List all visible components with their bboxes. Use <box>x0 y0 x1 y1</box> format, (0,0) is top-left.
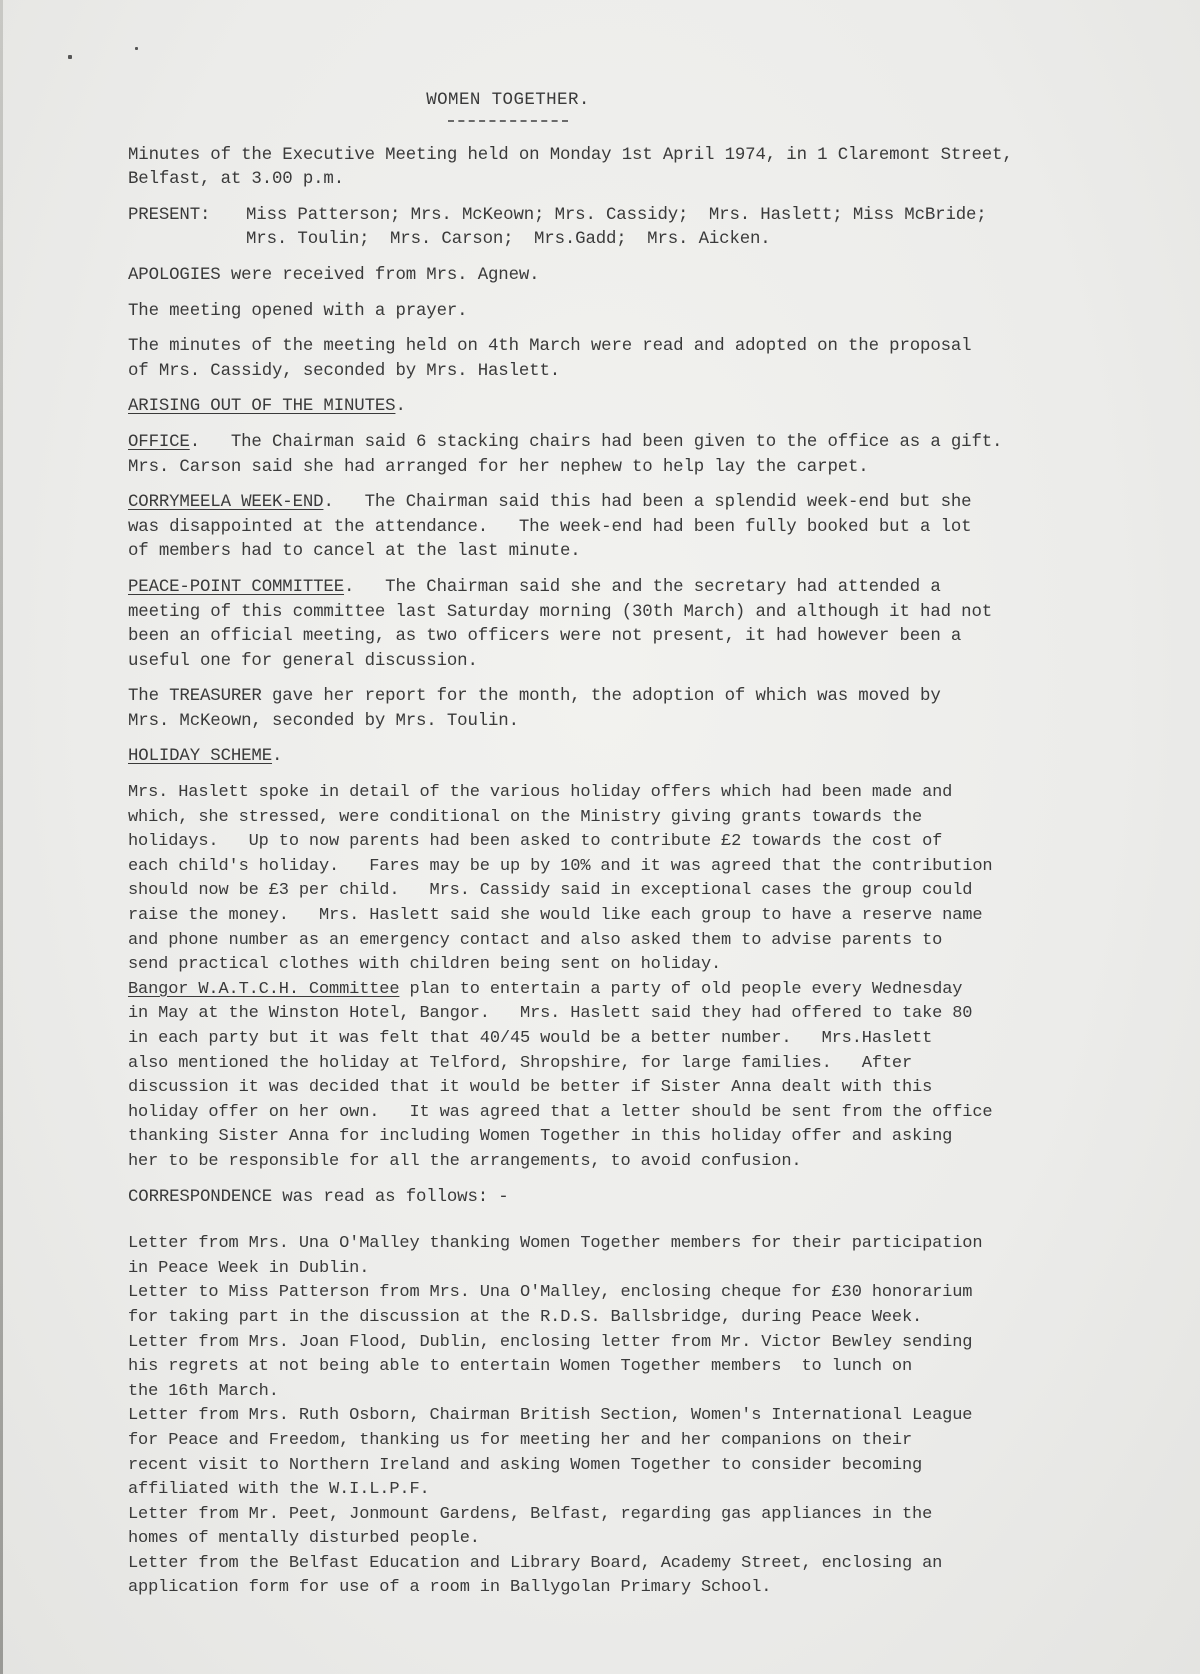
text-line: raise the money. Mrs. Haslett said she w… <box>128 904 1178 929</box>
text-line: holidays. Up to now parents had been ask… <box>128 830 1178 855</box>
arising-heading: ARISING OUT OF THE MINUTES. <box>128 395 1178 420</box>
intro-line: Belfast, at 3.00 p.m. <box>128 168 1178 193</box>
letter-line: recent visit to Northern Ireland and ask… <box>128 1454 1178 1479</box>
peace-point-heading: PEACE-POINT COMMITTEE <box>128 578 344 597</box>
prayer-line: The meeting opened with a prayer. <box>128 300 1178 325</box>
title-underline <box>448 120 568 122</box>
bangor-heading: Bangor W.A.T.C.H. Committee <box>128 980 399 999</box>
corrymeela-heading: CORRYMEELA WEEK-END <box>128 493 323 512</box>
text-line: send practical clothes with children bei… <box>128 953 1178 978</box>
scanned-page: WOMEN TOGETHER. Minutes of the Executive… <box>0 0 1200 1674</box>
correspondence-heading: CORRESPONDENCE was read as follows: - <box>128 1186 1178 1211</box>
corrymeela-section: CORRYMEELA WEEK-END. The Chairman said t… <box>128 491 1178 565</box>
office-section: OFFICE. The Chairman said 6 stacking cha… <box>128 431 1178 480</box>
peace-point-section: PEACE-POINT COMMITTEE. The Chairman said… <box>128 576 1178 674</box>
minutes-body: WOMEN TOGETHER. Minutes of the Executive… <box>128 88 1178 1601</box>
text-line: . The Chairman said this had been a sple… <box>323 493 971 512</box>
text-line: in each party but it was felt that 40/45… <box>128 1027 1178 1052</box>
text-line: Mrs. Carson said she had arranged for he… <box>128 456 1178 481</box>
holiday-heading-text: HOLIDAY SCHEME <box>128 747 272 766</box>
letter-line: his regrets at not being able to enterta… <box>128 1355 1178 1380</box>
text-line: in May at the Winston Hotel, Bangor. Mrs… <box>128 1002 1178 1027</box>
document-title: WOMEN TOGETHER. <box>426 88 590 113</box>
apologies-paragraph: APOLOGIES were received from Mrs. Agnew. <box>128 264 1178 289</box>
letter-line: in Peace Week in Dublin. <box>128 1257 1178 1282</box>
title-block: WOMEN TOGETHER. <box>298 88 718 122</box>
text-line: should now be £3 per child. Mrs. Cassidy… <box>128 879 1178 904</box>
letter-line: homes of mentally disturbed people. <box>128 1527 1178 1552</box>
text-line: The TREASURER gave her report for the mo… <box>128 685 1178 710</box>
text-line: meeting of this committee last Saturday … <box>128 601 1178 626</box>
text-line: was disappointed at the attendance. The … <box>128 516 1178 541</box>
arising-heading-text: ARISING OUT OF THE MINUTES <box>128 397 395 416</box>
present-label: PRESENT: <box>128 204 246 229</box>
page-edge-shadow <box>0 0 3 1674</box>
letter-line: Letter from Mrs. Joan Flood, Dublin, enc… <box>128 1331 1178 1356</box>
letter-line: affiliated with the W.I.L.P.F. <box>128 1478 1178 1503</box>
letter-line: Letter from Mrs. Ruth Osborn, Chairman B… <box>128 1404 1178 1429</box>
intro-paragraph: Minutes of the Executive Meeting held on… <box>128 144 1178 193</box>
text-line: Mrs. Haslett spoke in detail of the vari… <box>128 781 1178 806</box>
letter-line: for Peace and Freedom, thanking us for m… <box>128 1429 1178 1454</box>
intro-line: Minutes of the Executive Meeting held on… <box>128 144 1178 169</box>
text-line: holiday offer on her own. It was agreed … <box>128 1101 1178 1126</box>
ink-speck <box>135 47 138 50</box>
apologies-text: were received from Mrs. Agnew. <box>221 266 540 285</box>
text-line: of Mrs. Cassidy, seconded by Mrs. Haslet… <box>128 360 1178 385</box>
text-line: . The Chairman said she and the secretar… <box>344 578 941 597</box>
text-line: thanking Sister Anna for including Women… <box>128 1125 1178 1150</box>
correspondence-list: Letter from Mrs. Una O'Malley thanking W… <box>128 1232 1178 1601</box>
text-line: which, she stressed, were conditional on… <box>128 806 1178 831</box>
text-line: been an official meeting, as two officer… <box>128 625 1178 650</box>
text-line: each child's holiday. Fares may be up by… <box>128 855 1178 880</box>
present-line: Mrs. Toulin; Mrs. Carson; Mrs.Gadd; Mrs.… <box>246 228 1178 253</box>
text-line: her to be responsible for all the arrang… <box>128 1150 1178 1175</box>
letter-line: Letter from Mr. Peet, Jonmount Gardens, … <box>128 1503 1178 1528</box>
letter-line: Letter to Miss Patterson from Mrs. Una O… <box>128 1281 1178 1306</box>
letter-line: Letter from Mrs. Una O'Malley thanking W… <box>128 1232 1178 1257</box>
apologies-label: APOLOGIES <box>128 266 221 285</box>
text-line: and phone number as an emergency contact… <box>128 929 1178 954</box>
text-line: also mentioned the holiday at Telford, S… <box>128 1052 1178 1077</box>
letter-line: Letter from the Belfast Education and Li… <box>128 1552 1178 1577</box>
letter-line: the 16th March. <box>128 1380 1178 1405</box>
text-line: The minutes of the meeting held on 4th M… <box>128 335 1178 360</box>
letter-line: for taking part in the discussion at the… <box>128 1306 1178 1331</box>
present-list: PRESENT: Miss Patterson; Mrs. McKeown; M… <box>128 204 1178 253</box>
letter-line: application form for use of a room in Ba… <box>128 1576 1178 1601</box>
minutes-adopted-paragraph: The minutes of the meeting held on 4th M… <box>128 335 1178 384</box>
text-line: of members had to cancel at the last min… <box>128 540 1178 565</box>
office-heading: OFFICE <box>128 433 190 452</box>
present-line: Miss Patterson; Mrs. McKeown; Mrs. Cassi… <box>246 204 1178 229</box>
text-line: plan to entertain a party of old people … <box>399 980 962 999</box>
holiday-heading: HOLIDAY SCHEME. <box>128 745 1178 770</box>
holiday-section: Mrs. Haslett spoke in detail of the vari… <box>128 781 1178 1175</box>
text-line: Mrs. McKeown, seconded by Mrs. Toulin. <box>128 710 1178 735</box>
text-line: . The Chairman said 6 stacking chairs ha… <box>190 433 1003 452</box>
text-line: discussion it was decided that it would … <box>128 1076 1178 1101</box>
ink-speck <box>68 55 72 59</box>
treasurer-paragraph: The TREASURER gave her report for the mo… <box>128 685 1178 734</box>
text-line: useful one for general discussion. <box>128 650 1178 675</box>
